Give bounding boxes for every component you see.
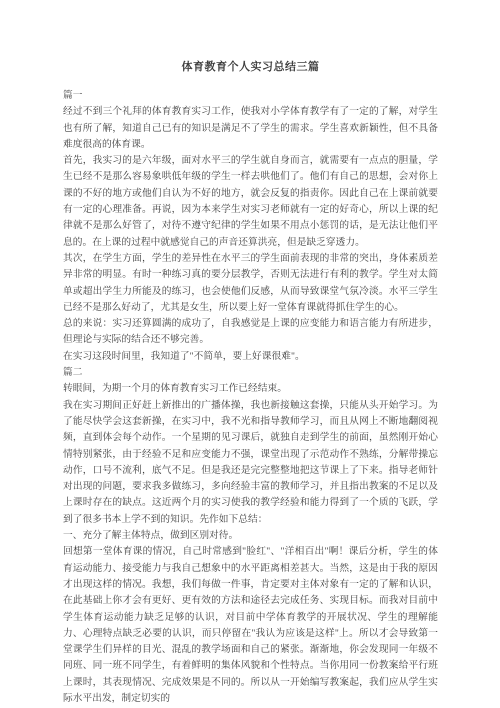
paragraph: 总的来说：实习还算圆满的成功了，自我感觉是上课的应变能力和语言能力有所进步，但理…	[63, 316, 438, 349]
document-body: 篇一经过不到三个礼拜的体育教育实习工作，使我对小学体育教学有了一定的了解，对学生…	[63, 88, 438, 707]
paragraph: 在实习这段时间里，我知道了"不简单，要上好课很难"。	[63, 349, 438, 365]
paragraph: 篇一	[63, 88, 438, 104]
paragraph: 回想第一堂体育课的情况，自己时常感到"脸红"、"洋相百出"啊！课后分析，学生的体…	[63, 544, 438, 707]
paragraph: 其次，在学生方面，学生的差异性在水平三的学生面前表现的非常的突出，身体素质差异非…	[63, 251, 438, 316]
paragraph: 经过不到三个礼拜的体育教育实习工作，使我对小学体育教学有了一定的了解，对学生也有…	[63, 104, 438, 153]
paragraph: 篇二	[63, 365, 438, 381]
paragraph: 我在实习期间正好赶上新推出的广播体操，我也新接触这套操，只能从头开始学习。为了能…	[63, 398, 438, 528]
document-page: 体育教育个人实习总结三篇 篇一经过不到三个礼拜的体育教育实习工作，使我对小学体育…	[0, 0, 500, 708]
paragraph: 首先，我实习的是六年级，面对水平三的学生就自身而言，就需要有一点点的胆量，学生已…	[63, 153, 438, 251]
document-title: 体育教育个人实习总结三篇	[63, 60, 438, 75]
paragraph: 一、充分了解主体特点，做到区别对待。	[63, 528, 438, 544]
paragraph: 转眼间，为期一个月的体育教育实习工作已经结束。	[63, 381, 438, 397]
